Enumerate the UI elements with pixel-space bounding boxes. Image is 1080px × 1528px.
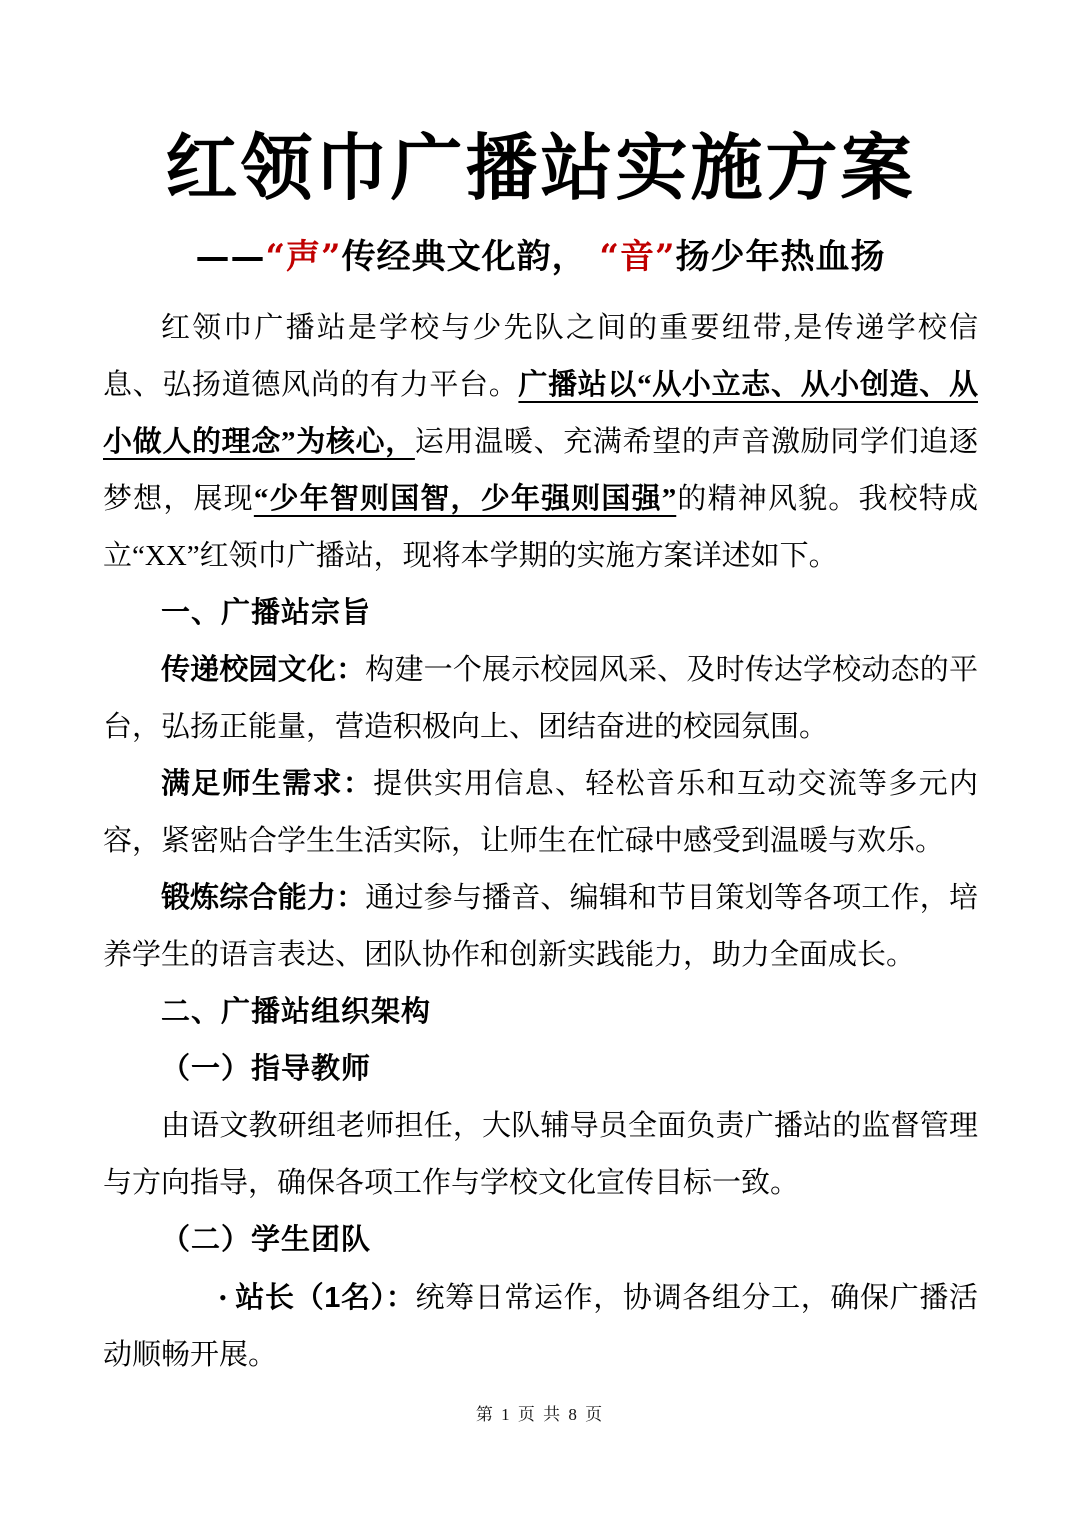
purpose-item-ability: 锻炼综合能力：通过参与播音、编辑和节目策划等各项工作，培养学生的语言表达、团队协… <box>103 870 978 984</box>
document-body: 红领巾广播站是学校与少先队之间的重要纽带,是传递学校信息、弘扬道德风尚的有力平台… <box>103 300 978 1384</box>
document-subtitle: ——“声”传经典文化韵， “音”扬少年热血扬 <box>103 232 978 282</box>
purpose-item-needs-lead: 满足师生需求： <box>161 768 373 800</box>
purpose-item-ability-lead: 锻炼综合能力： <box>161 882 365 914</box>
bullet-icon: • <box>161 1269 227 1326</box>
subtitle-segment-2: 扬少年热血扬 <box>676 237 886 277</box>
page-footer: 第 1 页 共 8 页 <box>0 1400 1080 1425</box>
page-title: 红领巾广播站实施方案 <box>103 118 978 218</box>
document-page: 红领巾广播站实施方案 ——“声”传经典文化韵， “音”扬少年热血扬 红领巾广播站… <box>0 0 1080 1528</box>
document-content: 红领巾广播站实施方案 ——“声”传经典文化韵， “音”扬少年热血扬 红领巾广播站… <box>0 0 1080 1384</box>
section2-sub2-heading: （二）学生团队 <box>103 1212 978 1269</box>
subtitle-quoted-sheng: “声” <box>265 237 341 277</box>
subtitle-quoted-yin: “音” <box>599 237 675 277</box>
subtitle-segment-1: 传经典文化韵， <box>342 237 587 277</box>
intro-paragraph: 红领巾广播站是学校与少先队之间的重要纽带,是传递学校信息、弘扬道德风尚的有力平台… <box>103 300 978 585</box>
station-head-bullet-lead: 站长（1名）： <box>235 1282 416 1314</box>
intro-quote-underlined: “少年智则国智，少年强则国强” <box>254 483 676 515</box>
section2-sub1-paragraph: 由语文教研组老师担任，大队辅导员全面负责广播站的监督管理与方向指导，确保各项工作… <box>103 1098 978 1212</box>
section2-sub1-heading: （一）指导教师 <box>103 1041 978 1098</box>
section2-heading: 二、广播站组织架构 <box>103 984 978 1041</box>
subtitle-dash: —— <box>195 237 265 277</box>
purpose-item-culture-lead: 传递校园文化： <box>161 654 365 686</box>
purpose-item-culture: 传递校园文化：构建一个展示校园风采、及时传达学校动态的平台，弘扬正能量，营造积极… <box>103 642 978 756</box>
section1-heading: 一、广播站宗旨 <box>103 585 978 642</box>
purpose-item-needs: 满足师生需求：提供实用信息、轻松音乐和互动交流等多元内容，紧密贴合学生生活实际，… <box>103 756 978 870</box>
station-head-bullet-item: •站长（1名）：统筹日常运作，协调各组分工，确保广播活动顺畅开展。 <box>103 1269 978 1384</box>
